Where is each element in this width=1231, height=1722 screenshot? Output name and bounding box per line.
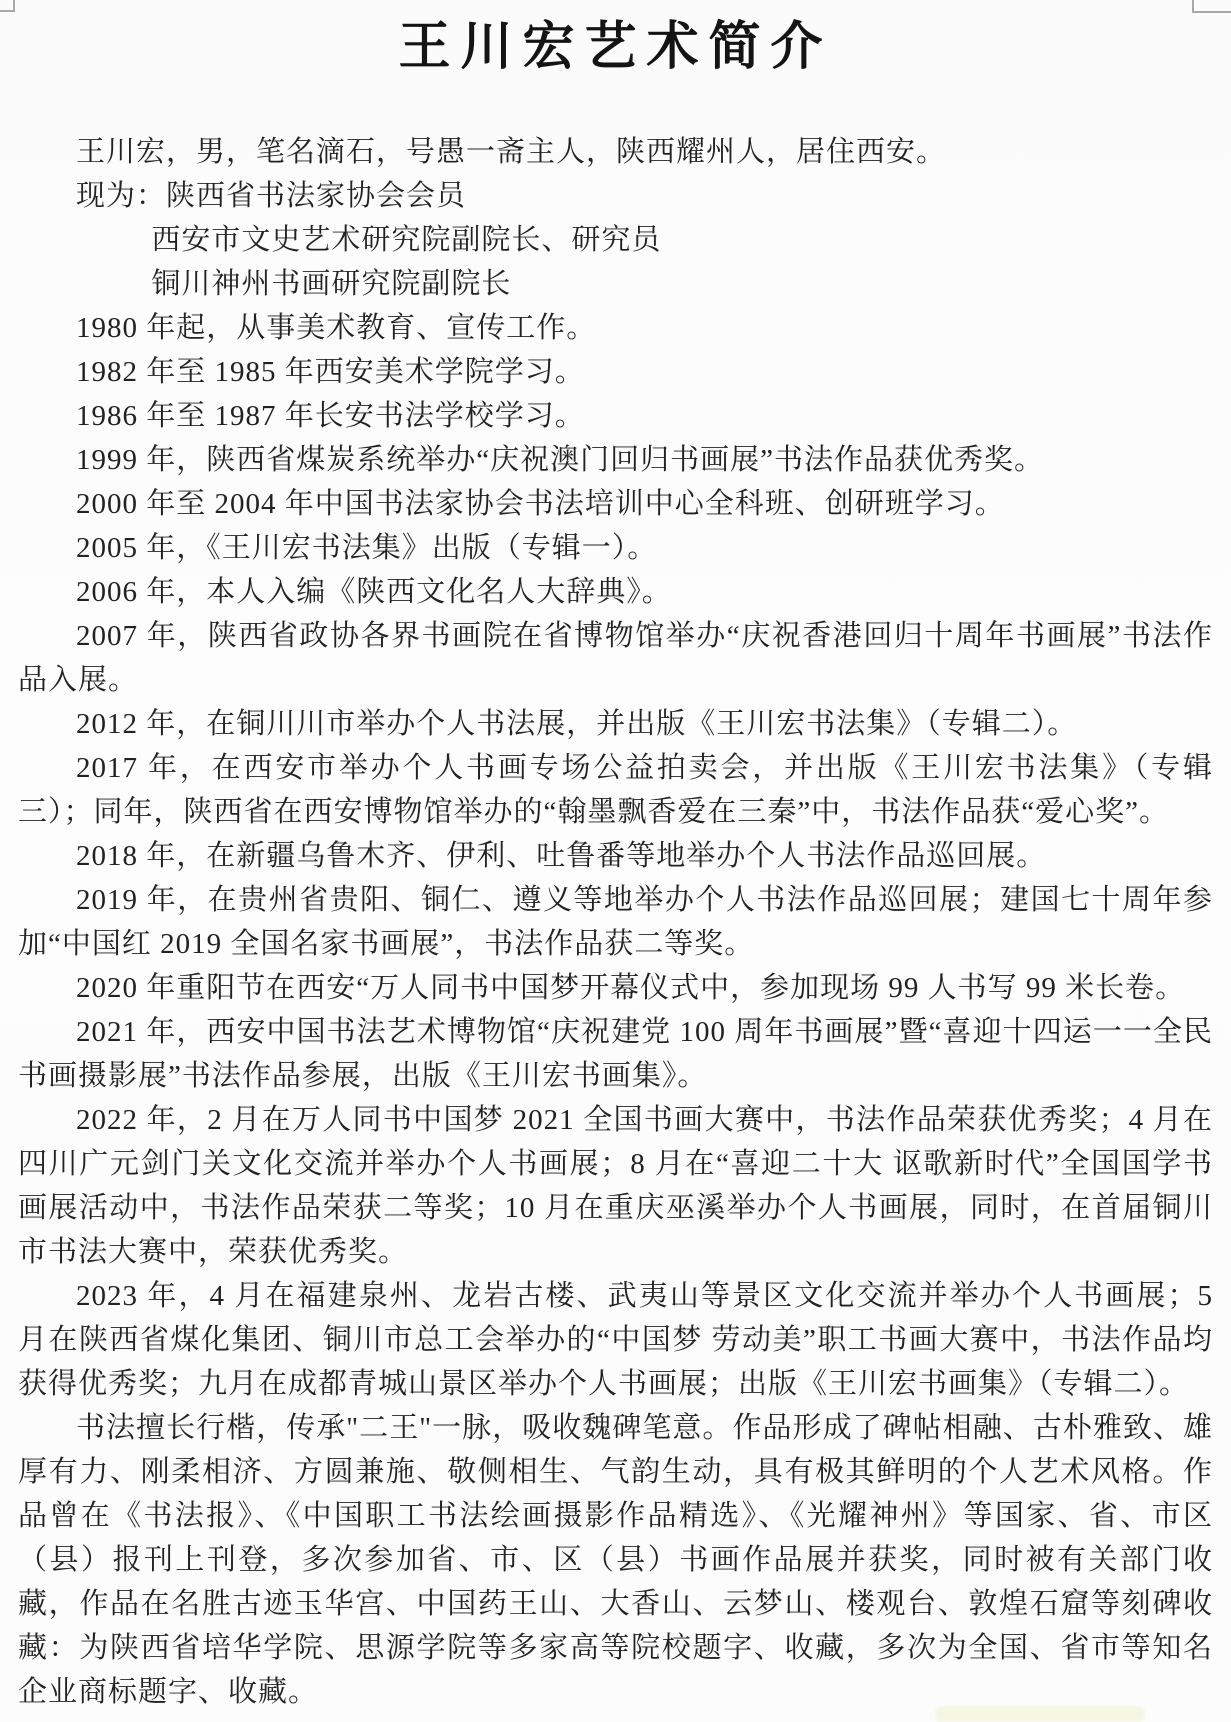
paragraph: 2012 年，在铜川川市举办个人书法展，并出版《王川宏书法集》（专辑二）。 (18, 702, 1213, 746)
paragraph: 2019 年，在贵州省贵阳、铜仁、遵义等地举办个人书法作品巡回展；建国七十周年参… (18, 878, 1213, 966)
paragraph: 2021 年，西安中国书法艺术博物馆“庆祝建党 100 周年书画展”暨“喜迎十四… (18, 1010, 1213, 1098)
paragraph: 铜川神州书画研究院副院长 (18, 262, 1213, 306)
highlight-smudge (935, 1706, 1145, 1722)
paragraph: 2022 年，2 月在万人同书中国梦 2021 全国书画大赛中，书法作品荣获优秀… (18, 1098, 1213, 1274)
paragraph: 现为：陕西省书法家协会会员 (18, 174, 1213, 218)
paragraph: 1982 年至 1985 年西安美术学院学习。 (18, 350, 1213, 394)
paragraph: 书法擅长行楷，传承"二王"一脉，吸收魏碑笔意。作品形成了碑帖相融、古朴雅致、雄厚… (18, 1406, 1213, 1714)
document-page: 王川宏艺术简介 王川宏，男，笔名滴石，号愚一斋主人，陕西耀州人，居住西安。现为：… (0, 0, 1231, 1722)
paragraph: 2007 年，陕西省政协各界书画院在省博物馆举办“庆祝香港回归十周年书画展”书法… (18, 614, 1213, 702)
paragraph: 2017 年，在西安市举办个人书画专场公益拍卖会，并出版《王川宏书法集》（专辑三… (18, 746, 1213, 834)
paragraph: 2006 年，本人入编《陕西文化名人大辞典》。 (18, 570, 1213, 614)
paragraph: 1999 年，陕西省煤炭系统举办“庆祝澳门回归书画展”书法作品获优秀奖。 (18, 438, 1213, 482)
document-body: 王川宏，男，笔名滴石，号愚一斋主人，陕西耀州人，居住西安。现为：陕西省书法家协会… (0, 130, 1231, 1714)
page-frame-corner-left-icon (0, 0, 15, 12)
paragraph: 2000 年至 2004 年中国书法家协会书法培训中心全科班、创研班学习。 (18, 482, 1213, 526)
page-frame-corner-right-icon (1192, 0, 1231, 13)
paragraph: 2005 年，《王川宏书法集》出版（专辑一）。 (18, 526, 1213, 570)
paragraph: 2018 年，在新疆乌鲁木齐、伊利、吐鲁番等地举办个人书法作品巡回展。 (18, 834, 1213, 878)
paragraph: 2023 年，4 月在福建泉州、龙岩古楼、武夷山等景区文化交流并举办个人书画展；… (18, 1274, 1213, 1406)
document-title: 王川宏艺术简介 (0, 0, 1231, 84)
paragraph: 西安市文史艺术研究院副院长、研究员 (18, 218, 1213, 262)
paragraph: 王川宏，男，笔名滴石，号愚一斋主人，陕西耀州人，居住西安。 (18, 130, 1213, 174)
paragraph: 1986 年至 1987 年长安书法学校学习。 (18, 394, 1213, 438)
paragraph: 1980 年起，从事美术教育、宣传工作。 (18, 306, 1213, 350)
paragraph: 2020 年重阳节在西安“万人同书中国梦开幕仪式中，参加现场 99 人书写 99… (18, 966, 1213, 1010)
